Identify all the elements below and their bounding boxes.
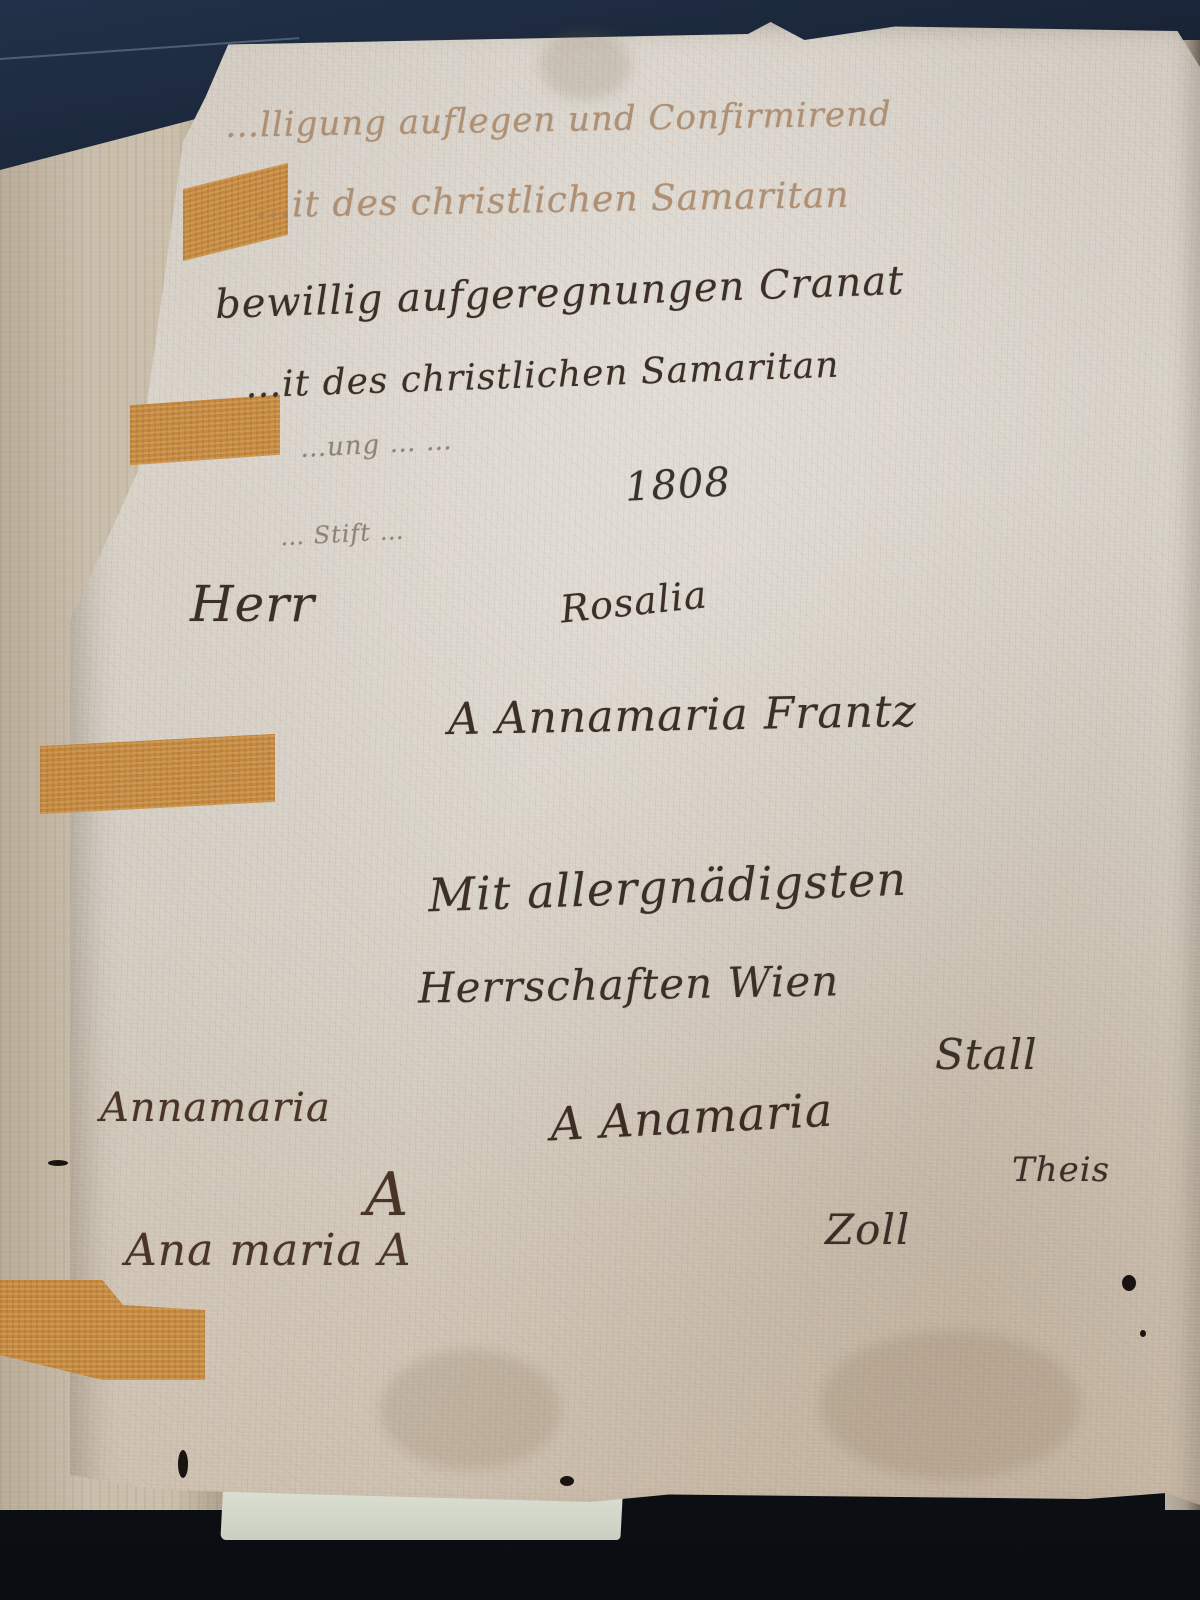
- ink-mark: [48, 1160, 68, 1166]
- manuscript-photo: …lligung auflegen und Confirmirend …it d…: [0, 0, 1200, 1600]
- word-stall: Stall: [935, 1030, 1038, 1079]
- handwritten-line-herrschaften-wien: Herrschaften Wien: [418, 956, 840, 1012]
- word-theis: Theis: [1012, 1150, 1110, 1190]
- year-1808: 1808: [624, 459, 732, 510]
- worm-hole: [1140, 1330, 1146, 1337]
- word-herr: Herr: [190, 575, 315, 633]
- orange-tab-middle: [40, 734, 275, 814]
- page-tear: [178, 1450, 188, 1478]
- water-stain: [380, 1350, 560, 1470]
- worm-hole: [560, 1476, 574, 1486]
- ink-stain: [540, 30, 630, 100]
- letter-a-practice: A: [365, 1160, 409, 1230]
- handwritten-line-ana-maria: Ana maria A: [125, 1225, 411, 1276]
- worm-hole: [1122, 1275, 1136, 1291]
- handwritten-line-annamaria-frantz: A Annamaria Frantz: [448, 686, 918, 745]
- water-stain: [820, 1330, 1080, 1480]
- word-zoll: Zoll: [825, 1205, 910, 1254]
- word-annamaria-left: Annamaria: [100, 1085, 331, 1131]
